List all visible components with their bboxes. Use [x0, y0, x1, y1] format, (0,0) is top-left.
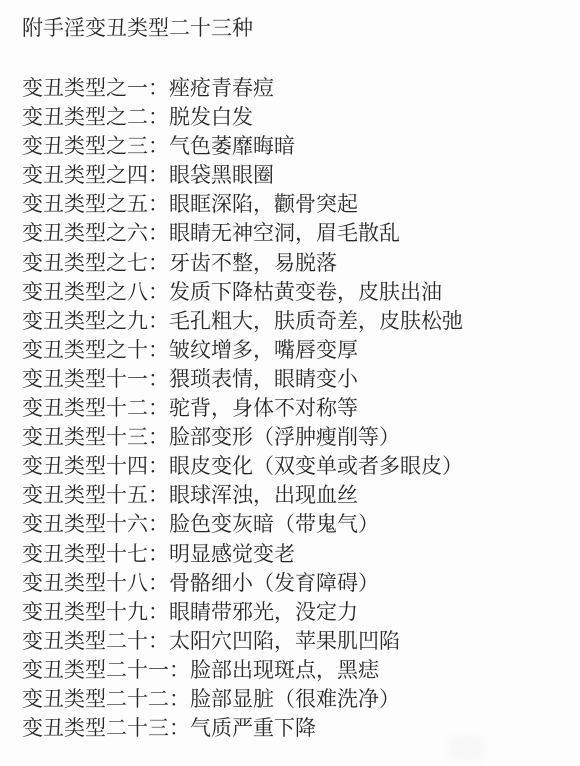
list-item: 变丑类型二十：太阳穴凹陷，苹果肌凹陷	[22, 627, 570, 656]
list-item: 变丑类型十二：驼背，身体不对称等	[22, 394, 570, 423]
list-item: 变丑类型十八：骨骼细小（发育障碍）	[22, 569, 570, 598]
list-item: 变丑类型十五：眼球浑浊，出现血丝	[22, 481, 570, 510]
list-item: 变丑类型十一：猥琐表情，眼睛变小	[22, 365, 570, 394]
list-item: 变丑类型十七：明显感觉变老	[22, 540, 570, 569]
document-page: 附手淫变丑类型二十三种 变丑类型之一：痤疮青春痘 变丑类型之二：脱发白发 变丑类…	[0, 0, 580, 766]
list-item: 变丑类型十三：脸部变形（浮肿瘦削等）	[22, 423, 570, 452]
list-item: 变丑类型之十：皱纹增多，嘴唇变厚	[22, 336, 570, 365]
list-item: 变丑类型十九：眼睛带邪光，没定力	[22, 598, 570, 627]
list-item: 变丑类型二十二：脸部显脏（很难洗净）	[22, 685, 570, 714]
list-item: 变丑类型之一：痤疮青春痘	[22, 74, 570, 103]
list-item: 变丑类型十四：眼皮变化（双变单或者多眼皮）	[22, 452, 570, 481]
list-item: 变丑类型之八：发质下降枯黄变卷，皮肤出油	[22, 278, 570, 307]
list-item: 变丑类型之五：眼眶深陷，颧骨突起	[22, 190, 570, 219]
list-item: 变丑类型之三：气色萎靡晦暗	[22, 132, 570, 161]
list-item: 变丑类型二十三：气质严重下降	[22, 714, 570, 743]
list-item: 变丑类型之四：眼袋黑眼圈	[22, 161, 570, 190]
list-item: 变丑类型之九：毛孔粗大，肤质奇差，皮肤松弛	[22, 307, 570, 336]
list-item: 变丑类型十六：脸色变灰暗（带鬼气）	[22, 510, 570, 539]
type-list: 变丑类型之一：痤疮青春痘 变丑类型之二：脱发白发 变丑类型之三：气色萎靡晦暗 变…	[22, 74, 570, 743]
list-item: 变丑类型之二：脱发白发	[22, 103, 570, 132]
list-item: 变丑类型二十一：脸部出现斑点，黑痣	[22, 656, 570, 685]
watermark-ghost	[450, 735, 484, 761]
page-title: 附手淫变丑类型二十三种	[22, 14, 253, 43]
list-item: 变丑类型之六：眼睛无神空洞，眉毛散乱	[22, 219, 570, 248]
list-item: 变丑类型之七：牙齿不整，易脱落	[22, 249, 570, 278]
